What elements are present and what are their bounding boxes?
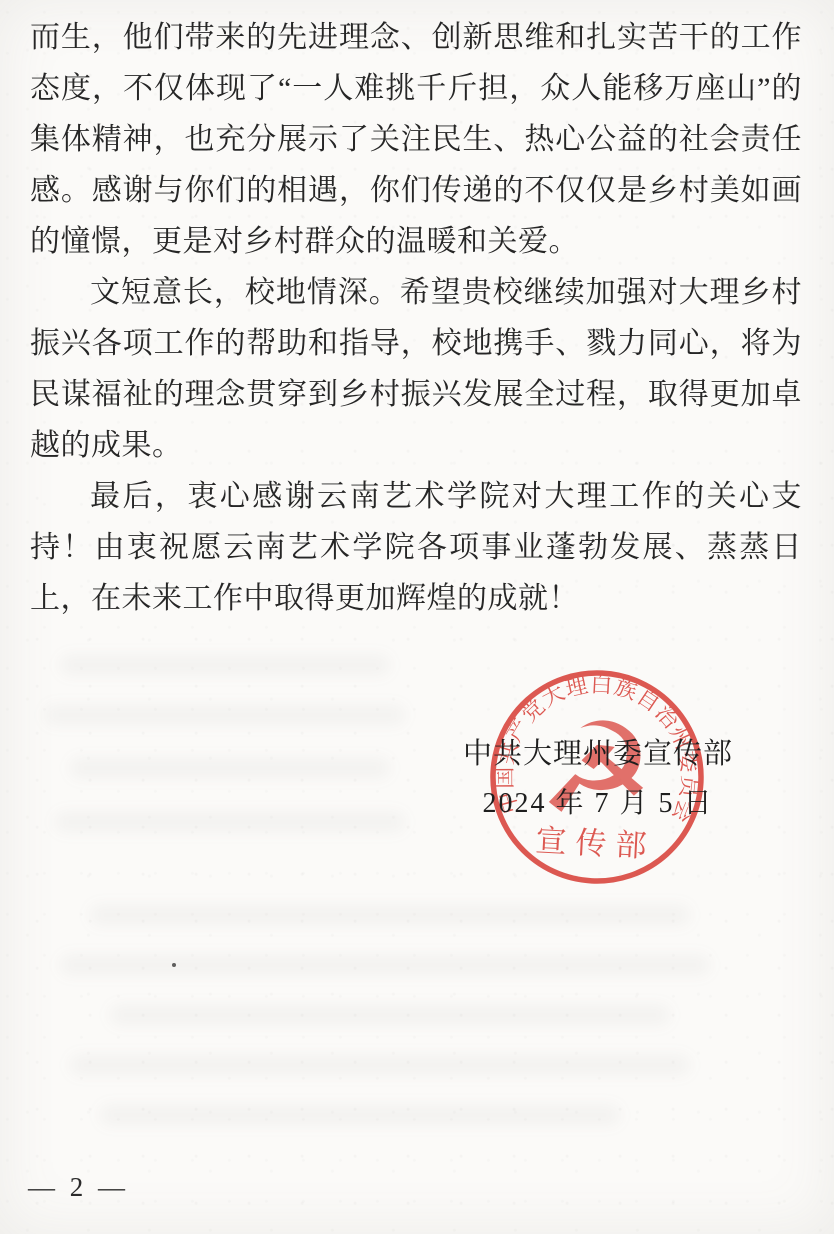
bleed-through-artifact [70,1055,690,1075]
seal-bottom-text: 宣传部 [535,823,657,864]
page-number: — 2 — [28,1172,129,1203]
bleed-through-artifact [60,655,390,675]
bleed-through-artifact [45,705,405,725]
bleed-through-artifact [110,1005,670,1025]
paragraph: 而生，他们带来的先进理念、创新思维和扎实苦干的工作态度，不仅体现了“一人难挑千斤… [30,12,802,267]
letter-body: 而生，他们带来的先进理念、创新思维和扎实苦干的工作态度，不仅体现了“一人难挑千斤… [30,12,802,624]
scanned-letter-page: 而生，他们带来的先进理念、创新思维和扎实苦干的工作态度，不仅体现了“一人难挑千斤… [0,0,834,1234]
bleed-through-artifact [100,1105,620,1125]
bleed-through-artifact [70,758,390,778]
bleed-through-artifact [55,812,405,832]
signature-date: 2024 年 7 月 5 日 [400,787,796,821]
paragraph: 最后，衷心感谢云南艺术学院对大理工作的关心支持！由衷祝愿云南艺术学院各项事业蓬勃… [30,471,802,624]
paragraph: 文短意长，校地情深。希望贵校继续加强对大理乡村振兴各项工作的帮助和指导，校地携手… [30,267,802,471]
ink-speck-artifact [172,963,176,967]
signature-organization: 中共大理州委宣传部 [400,736,796,772]
bleed-through-artifact [60,955,710,975]
signature-block: 中共大理州委宣传部 2024 年 7 月 5 日 [400,736,796,821]
